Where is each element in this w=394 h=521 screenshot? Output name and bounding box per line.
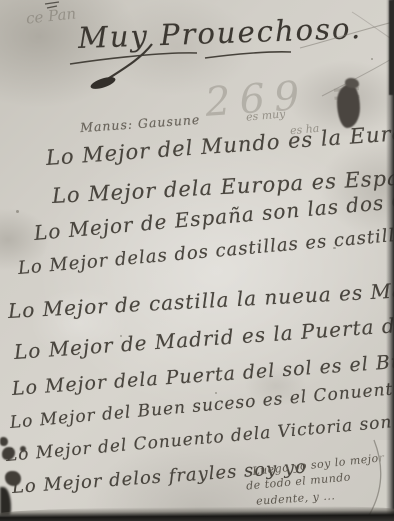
ink-blot-top-right-tail <box>345 78 359 88</box>
page-corner-bottom-left <box>0 487 11 515</box>
page-title: Muy Prouechoso. <box>77 11 362 55</box>
paper-speck <box>215 392 217 394</box>
paper-speck <box>371 58 373 60</box>
pencil-inscription-top-left: ce Pan <box>25 4 77 27</box>
page-edge-right-top <box>389 0 394 95</box>
manuscript-page: ce Pan Muy Prouechoso. 269 = Manus: Gaus… <box>0 0 394 521</box>
paper-speck <box>16 210 19 213</box>
ink-blot-top-right <box>337 84 360 128</box>
ink-blot-left-1 <box>0 437 8 446</box>
margin-note-line-3: eudente, y ... <box>256 489 336 508</box>
pencil-note-1: es muy <box>246 107 286 123</box>
paper-speck <box>120 335 122 337</box>
page-edge-bottom <box>0 506 394 521</box>
byline: Manus: Gausune <box>80 112 201 135</box>
paper-speck <box>333 247 336 249</box>
manuscript-line-5: Lo Mejor de castilla la nueua es Madrid <box>7 276 394 323</box>
paper-speck <box>60 300 62 302</box>
ink-blot-left-4 <box>5 471 21 486</box>
ink-blot-left-3 <box>20 446 26 452</box>
